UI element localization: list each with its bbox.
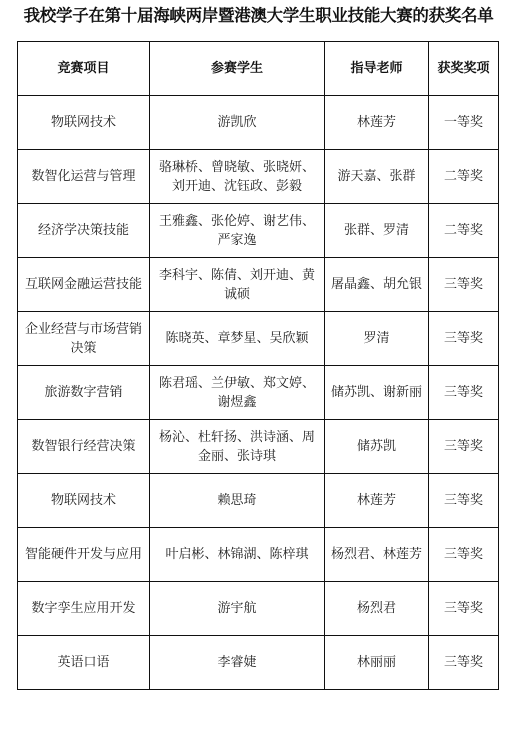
cell-award: 二等奖 [429, 150, 499, 204]
cell-teachers: 杨烈君、林莲芳 [325, 528, 429, 582]
page-title: 我校学子在第十届海峡两岸暨港澳大学生职业技能大赛的获奖名单 [0, 4, 517, 28]
cell-teachers: 林莲芳 [325, 96, 429, 150]
table-header-row: 竞赛项目 参赛学生 指导老师 获奖奖项 [18, 42, 499, 96]
cell-students: 王雅鑫、张伦婷、谢艺伟、严家逸 [150, 204, 325, 258]
cell-students: 李睿婕 [150, 636, 325, 690]
table-row: 互联网金融运营技能 李科宇、陈倩、刘开迪、黄诚硕 屠晶鑫、胡允银 三等奖 [18, 258, 499, 312]
cell-award: 二等奖 [429, 204, 499, 258]
cell-students: 李科宇、陈倩、刘开迪、黄诚硕 [150, 258, 325, 312]
cell-teachers: 林莲芳 [325, 474, 429, 528]
cell-teachers: 杨烈君 [325, 582, 429, 636]
header-teachers: 指导老师 [325, 42, 429, 96]
cell-event: 数字孪生应用开发 [18, 582, 150, 636]
cell-event: 经济学决策技能 [18, 204, 150, 258]
cell-award: 三等奖 [429, 420, 499, 474]
cell-students: 杨沁、杜轩扬、洪诗涵、周金丽、张诗琪 [150, 420, 325, 474]
table-row: 企业经营与市场营销决策 陈晓英、章梦星、吴欣颖 罗清 三等奖 [18, 312, 499, 366]
header-event: 竞赛项目 [18, 42, 150, 96]
table-row: 物联网技术 游凯欣 林莲芳 一等奖 [18, 96, 499, 150]
cell-event: 物联网技术 [18, 474, 150, 528]
cell-award: 三等奖 [429, 528, 499, 582]
cell-students: 游宇航 [150, 582, 325, 636]
cell-event: 智能硬件开发与应用 [18, 528, 150, 582]
cell-students: 陈君瑶、兰伊敏、郑文婷、谢煜鑫 [150, 366, 325, 420]
table-row: 智能硬件开发与应用 叶启彬、林锦湖、陈梓琪 杨烈君、林莲芳 三等奖 [18, 528, 499, 582]
cell-students: 叶启彬、林锦湖、陈梓琪 [150, 528, 325, 582]
cell-teachers: 屠晶鑫、胡允银 [325, 258, 429, 312]
table-row: 数字孪生应用开发 游宇航 杨烈君 三等奖 [18, 582, 499, 636]
cell-students: 游凯欣 [150, 96, 325, 150]
cell-teachers: 张群、罗清 [325, 204, 429, 258]
cell-teachers: 游天嘉、张群 [325, 150, 429, 204]
cell-event: 物联网技术 [18, 96, 150, 150]
cell-award: 三等奖 [429, 312, 499, 366]
cell-teachers: 储苏凯 [325, 420, 429, 474]
table-row: 英语口语 李睿婕 林丽丽 三等奖 [18, 636, 499, 690]
cell-event: 英语口语 [18, 636, 150, 690]
cell-students: 陈晓英、章梦星、吴欣颖 [150, 312, 325, 366]
awards-table: 竞赛项目 参赛学生 指导老师 获奖奖项 物联网技术 游凯欣 林莲芳 一等奖 数智… [17, 41, 499, 690]
header-students: 参赛学生 [150, 42, 325, 96]
cell-event: 数智化运营与管理 [18, 150, 150, 204]
table-row: 经济学决策技能 王雅鑫、张伦婷、谢艺伟、严家逸 张群、罗清 二等奖 [18, 204, 499, 258]
cell-event: 数智银行经营决策 [18, 420, 150, 474]
cell-teachers: 储苏凯、谢新丽 [325, 366, 429, 420]
cell-students: 骆琳桥、曾晓敏、张晓妍、刘开迪、沈钰政、彭毅 [150, 150, 325, 204]
cell-award: 一等奖 [429, 96, 499, 150]
cell-award: 三等奖 [429, 366, 499, 420]
table-row: 数智化运营与管理 骆琳桥、曾晓敏、张晓妍、刘开迪、沈钰政、彭毅 游天嘉、张群 二… [18, 150, 499, 204]
header-award: 获奖奖项 [429, 42, 499, 96]
cell-event: 互联网金融运营技能 [18, 258, 150, 312]
cell-teachers: 林丽丽 [325, 636, 429, 690]
cell-event: 旅游数字营销 [18, 366, 150, 420]
cell-students: 赖思琦 [150, 474, 325, 528]
cell-award: 三等奖 [429, 582, 499, 636]
cell-event: 企业经营与市场营销决策 [18, 312, 150, 366]
cell-award: 三等奖 [429, 474, 499, 528]
table-row: 物联网技术 赖思琦 林莲芳 三等奖 [18, 474, 499, 528]
cell-teachers: 罗清 [325, 312, 429, 366]
table-row: 旅游数字营销 陈君瑶、兰伊敏、郑文婷、谢煜鑫 储苏凯、谢新丽 三等奖 [18, 366, 499, 420]
cell-award: 三等奖 [429, 258, 499, 312]
cell-award: 三等奖 [429, 636, 499, 690]
table-row: 数智银行经营决策 杨沁、杜轩扬、洪诗涵、周金丽、张诗琪 储苏凯 三等奖 [18, 420, 499, 474]
